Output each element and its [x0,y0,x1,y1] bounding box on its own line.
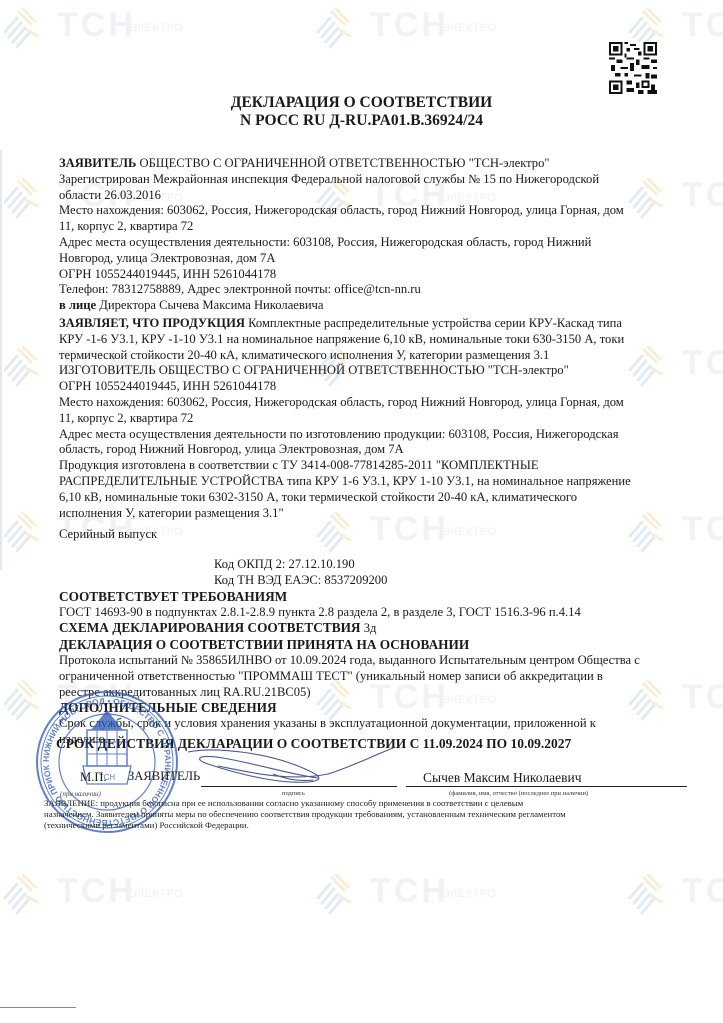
applicant-activity-2: Новгород, улица Электровозная, дом 7А [59,251,684,267]
watermark-sub: ЭЛЕКТРО [442,888,496,900]
watermark-brand: ТСН [682,8,723,42]
watermark-logo: ТСНЭЛЕКТРО [0,2,195,62]
document-number: N РОСС RU Д-RU.PA01.B.36924/24 [0,111,723,130]
conformity-standards: ГОСТ 14693-90 в подпунктах 2.8.1-2.8.9 п… [59,605,684,621]
watermark-brand: ТСН [682,512,723,546]
watermark-brand: ТСН [57,8,136,42]
applicant-name: ОБЩЕСТВО С ОГРАНИЧЕННОЙ ОТВЕТСТВЕННОСТЬЮ… [140,156,550,170]
manufacturer-production-1: Адрес места осуществления деятельности п… [59,427,684,443]
tsn-logo-icon [1,176,41,220]
watermark-sub: ЭЛЕКТРО [129,888,183,900]
applicant-contacts: Телефон: 78312758889, Адрес электронной … [59,282,684,298]
tsn-logo-icon [1,6,41,50]
applicant-signature-label: ЗАЯВИТЕЛЬ [128,769,200,784]
basis-line-1: Протокола испытаний № 35865ИЛНВО от 10.0… [59,653,684,669]
signature-line [201,786,397,787]
in-person-label: в лице [59,298,96,312]
applicant-ogrn-inn: ОГРН 1055244019445, ИНН 5261044178 [59,267,684,283]
seal-place-sublabel: (при наличии) [60,790,101,798]
watermark-brand: ТСН [682,874,723,908]
watermark-logo: ТСНЭЛЕКТРО [620,868,723,928]
signer-name: Сычев Максим Николаевич [423,770,582,786]
manufacturer-heading: ИЗГОТОВИТЕЛЬ ОБЩЕСТВО С ОГРАНИЧЕННОЙ ОТВ… [59,363,684,379]
tsn-logo-icon [314,872,354,916]
watermark-logo: ТСНЭЛЕКТРО [308,868,508,928]
manufacturer-ogrn-inn: ОГРН 1055244019445, ИНН 5261044178 [59,379,684,395]
qr-code-icon[interactable] [609,42,657,94]
watermark-brand: ТСН [370,874,449,908]
seal-place-label: М.П. [80,770,107,785]
tsn-logo-icon [1,872,41,916]
page-edge [0,150,2,570]
product-line-1: Комплектные распределительные устройства… [248,316,622,330]
page-corner-mark [0,1007,76,1008]
applicant-label: ЗАЯВИТЕЛЬ [59,156,136,170]
watermark-brand: ТСН [370,8,449,42]
notice-line-2: назначением. Заявителем приняты меры по … [44,809,674,820]
watermark-brand: ТСН [682,346,723,380]
name-caption: (фамилия, имя, отчество (последнее при н… [449,790,588,797]
applicant-registration-1: Зарегистрирован Межрайонная инспекция Фе… [59,172,684,188]
watermark-sub: ЭЛЕКТРО [129,22,183,34]
signature-caption: подпись [282,790,305,797]
basis-heading: ДЕКЛАРАЦИЯ О СООТВЕТСТВИИ ПРИНЯТА НА ОСН… [59,637,684,653]
okpd2-code: Код ОКПД 2: 27.12.10.190 [59,557,684,573]
document-title: ДЕКЛАРАЦИЯ О СООТВЕТСТВИИ [0,93,723,112]
tsn-logo-icon [626,872,666,916]
scheme-row: СХЕМА ДЕКЛАРИРОВАНИЯ СООТВЕТСТВИЯ 3д [59,620,684,637]
product-heading: ЗАЯВЛЯЕТ, ЧТО ПРОДУКЦИЯ Комплектные расп… [59,316,684,332]
safety-notice: ЗАЯВЛЕНИЕ: продукция безопасна при ее ис… [44,798,674,831]
watermark-brand: ТСН [57,874,136,908]
watermark-brand: ТСН [682,680,723,714]
serial-production: Серийный выпуск [59,527,684,543]
scheme-value: 3д [364,621,377,635]
basis-line-2: ограниченной ответственностью "ПРОММАШ Т… [59,669,684,685]
watermark-brand: ТСН [682,178,723,212]
watermark-logo: ТСНЭЛЕКТРО [0,868,195,928]
tsn-logo-icon [1,344,41,388]
applicant-activity-1: Адрес места осуществления деятельности: … [59,235,684,251]
notice-line-1: ЗАЯВЛЕНИЕ: продукция безопасна при ее ис… [44,798,674,809]
applicant-heading: ЗАЯВИТЕЛЬ ОБЩЕСТВО С ОГРАНИЧЕННОЙ ОТВЕТС… [59,156,684,172]
applicant-location-1: Место нахождения: 603062, Россия, Нижего… [59,203,684,219]
product-line-3: термической стойкости 20-40 кА, климатич… [59,348,684,364]
declaration-body: ЗАЯВИТЕЛЬ ОБЩЕСТВО С ОГРАНИЧЕННОЙ ОТВЕТС… [59,156,684,748]
applicant-representative: в лице Директора Сычева Максима Николаев… [59,298,684,314]
watermark-sub: ЭЛЕКТРО [442,22,496,34]
manufacturer-location-1: Место нахождения: 603062, Россия, Нижего… [59,395,684,411]
tnved-code: Код ТН ВЭД ЕАЭС: 8537209200 [59,573,684,589]
manufacturer-production-2: область, город Нижний Новгород, улица Эл… [59,442,684,458]
applicant-registration-2: области 26.03.2016 [59,188,684,204]
scheme-label: СХЕМА ДЕКЛАРИРОВАНИЯ СООТВЕТСТВИЯ [59,620,361,635]
manufacturer-spec-4: исполнения У, категории размещения 3.1" [59,506,684,522]
name-line [406,786,687,787]
manufacturer-location-2: 11, корпус 2, квартира 72 [59,411,684,427]
notice-line-3: (техническими регламентами) Российской Ф… [44,820,674,831]
product-label: ЗАЯВЛЯЕТ, ЧТО ПРОДУКЦИЯ [59,316,245,330]
tsn-logo-icon [1,510,41,554]
manufacturer-spec-2: РАСПРЕДЕЛИТЕЛЬНЫЕ УСТРОЙСТВА типа КРУ 1-… [59,474,684,490]
manufacturer-spec-1: Продукция изготовлена в соответствии с Т… [59,458,684,474]
representative-name: Директора Сычева Максима Николаевича [99,298,323,312]
product-line-2: КРУ -1-6 У3.1, КРУ -1-10 У3.1 на номинал… [59,332,684,348]
applicant-location-2: 11, корпус 2, квартира 72 [59,219,684,235]
tsn-logo-icon [314,6,354,50]
manufacturer-spec-3: 6,10 кВ, номинальные токи 6302-3150 А, т… [59,490,684,506]
conformity-heading: СООТВЕТСТВУЕТ ТРЕБОВАНИЯМ [59,589,684,605]
watermark-logo: ТСНЭЛЕКТРО [308,2,508,62]
